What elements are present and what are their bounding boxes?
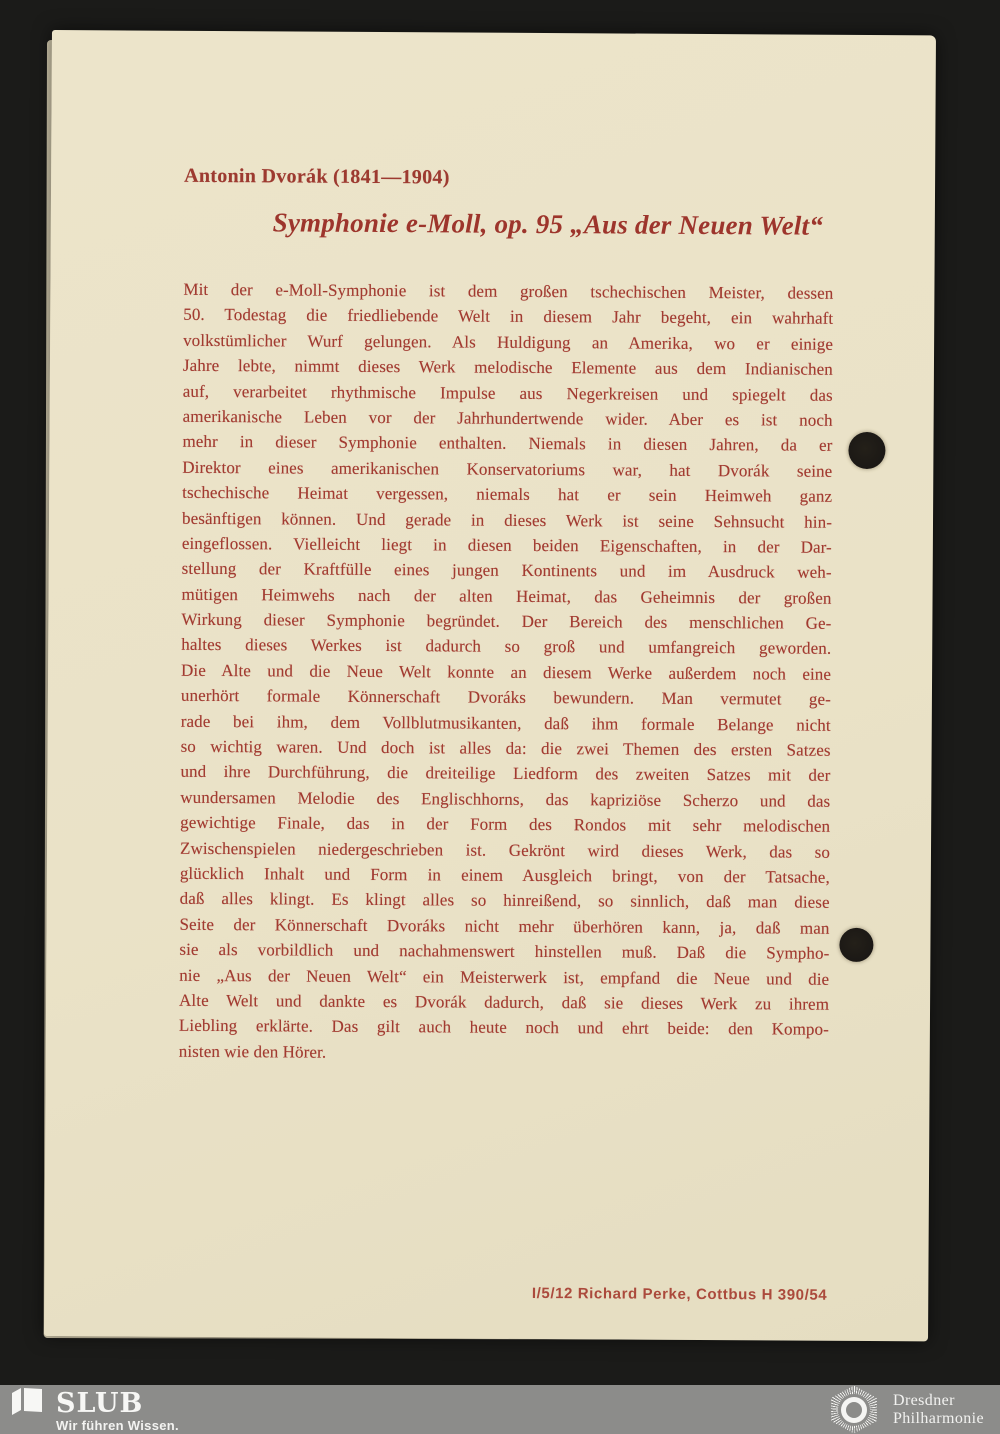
slub-tagline: Wir führen Wissen. [56, 1418, 179, 1433]
philharmonie-sunburst-icon [828, 1386, 880, 1434]
scanned-program-page: Antonin Dvorák (1841—1904) Symphonie e-M… [44, 30, 936, 1341]
body-line: besänftigen können. Und gerade in dieses… [182, 505, 832, 534]
composer-name-line: Antonin Dvorák (1841—1904) [184, 165, 450, 190]
body-line: amerikanische Leben vor der Jahrhundertw… [183, 404, 833, 433]
body-line: auf, verarbeitet rhythmische Impulse aus… [183, 378, 833, 407]
body-line: gewichtige Finale, das in der Form des R… [180, 810, 830, 839]
philharmonie-logo-group: Dresdner Philharmonie [828, 1385, 984, 1434]
body-line: und ihre Durchführung, die dreiteilige L… [180, 759, 830, 788]
body-line: unerhört formale Könnerschaft Dvoráks be… [181, 683, 831, 712]
body-text: Mit der e-Moll-Symphonie ist dem großen … [179, 277, 834, 1068]
body-line: mütigen Heimwehs nach der alten Heimat, … [181, 581, 831, 610]
body-line: tschechische Heimat vergessen, niemals h… [182, 480, 832, 509]
philharmonie-name-line1: Dresdner [893, 1392, 984, 1410]
body-line: Seite der Könnerschaft Dvoráks nicht meh… [179, 912, 829, 941]
body-line: mehr in dieser Symphonie enthalten. Niem… [182, 429, 832, 458]
body-line: Zwischenspielen niedergeschrieben ist. G… [180, 835, 830, 864]
library-branding-bar: SLUB Wir führen Wissen. Dresdner Philhar… [0, 1385, 1000, 1434]
page-title: Symphonie e-Moll, op. 95 „Aus der Neuen … [184, 207, 834, 242]
body-line: haltes dieses Werkes ist dadurch so groß… [181, 632, 831, 661]
body-line: nisten wie den Hörer. [179, 1039, 829, 1068]
body-line: Direktor eines amerikanischen Konservato… [182, 455, 832, 484]
printer-imprint: I/5/12 Richard Perke, Cottbus H 390/54 [177, 1283, 827, 1304]
body-line: so wichtig waren. Und doch ist alles da:… [181, 734, 831, 763]
body-line: nie „Aus der Neuen Welt“ ein Meisterwerk… [179, 962, 829, 991]
philharmonie-name: Dresdner Philharmonie [893, 1392, 984, 1428]
body-line: Alte Welt und dankte es Dvorák dadurch, … [179, 988, 829, 1017]
body-line: stellung der Kraftfülle eines jungen Kon… [182, 556, 832, 585]
body-line: eingeflossen. Vielleicht liegt in diesen… [182, 531, 832, 560]
body-line: Mit der e-Moll-Symphonie ist dem großen … [183, 277, 833, 306]
body-line: Jahre lebte, nimmt dieses Werk melodisch… [183, 353, 833, 382]
body-line: Wirkung dieser Symphonie begründet. Der … [181, 607, 831, 636]
scan-viewer-background: Antonin Dvorák (1841—1904) Symphonie e-M… [0, 0, 1000, 1434]
body-line: sie als vorbildlich und nachahmenswert h… [179, 937, 829, 966]
philharmonie-name-line2: Philharmonie [893, 1410, 984, 1428]
body-line: daß alles klingt. Es klingt alles so hin… [180, 886, 830, 915]
body-line: rade bei ihm, dem Vollblutmusikanten, da… [181, 708, 831, 737]
slub-logo-group: SLUB Wir führen Wissen. [12, 1388, 179, 1433]
body-line: volkstümlicher Wurf gelungen. Als Huldig… [183, 328, 833, 357]
punch-hole-bottom [839, 928, 873, 962]
slub-wordmark: SLUB [56, 1391, 143, 1417]
body-line: Die Alte und die Neue Welt konnte an die… [181, 658, 831, 687]
body-line: glücklich Inhalt und Form in einem Ausgl… [180, 861, 830, 890]
body-line: wundersamen Melodie des Englischhorns, d… [180, 785, 830, 814]
slub-book-icon [12, 1388, 42, 1415]
punch-hole-top [848, 432, 885, 469]
body-line: 50. Todestag die friedliebende Welt in d… [183, 302, 833, 331]
body-line: Liebling erklärte. Das gilt auch heute n… [179, 1013, 829, 1042]
